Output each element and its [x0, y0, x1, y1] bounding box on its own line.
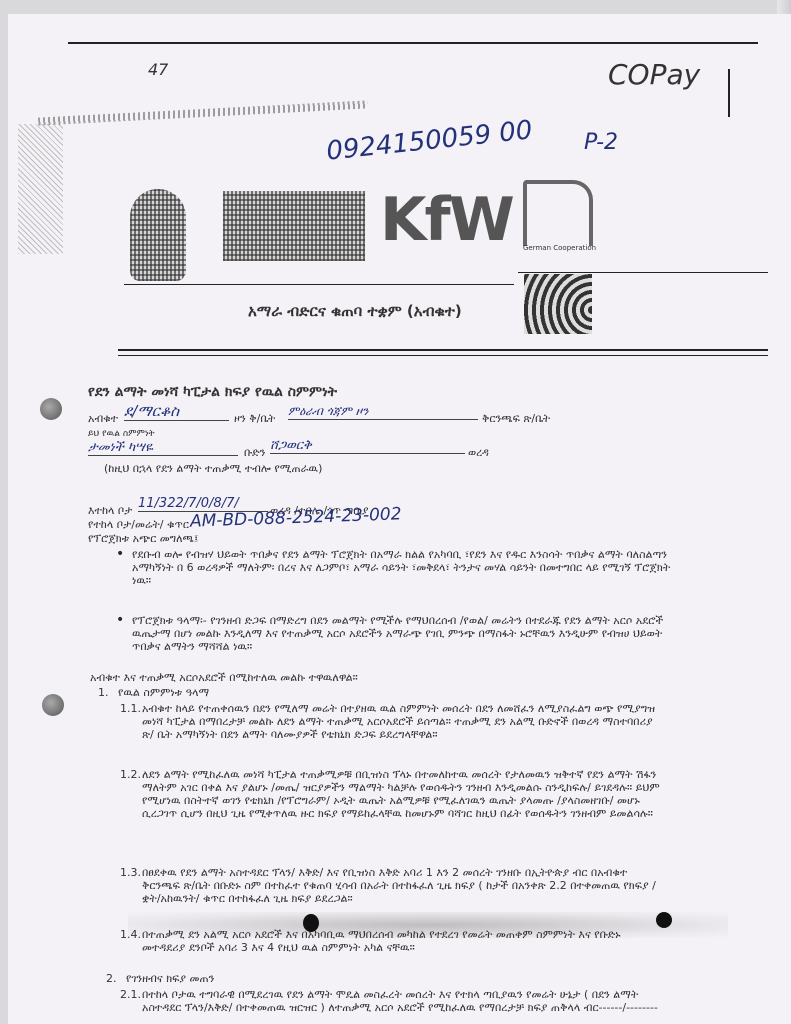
item-number: 1.3. [120, 866, 141, 879]
scan-artifact [38, 100, 368, 125]
item-number: 1.1. [120, 702, 141, 715]
header-rule [124, 284, 514, 285]
zone-branch-value: ምዕራብ ጎጃም ዞን [288, 404, 478, 420]
phone-number: 0924150059 00 [325, 115, 534, 166]
item-text: በፀደቀዉ የደን ልማት አስተዳደር ፕላን/ እቅድ/ እና የቢዝነስ … [142, 866, 662, 918]
section-2-heading: የገንዘብና ክፍያ መጠን [126, 972, 214, 985]
section-1-number: 1. [98, 686, 109, 699]
header-bottom-rule-2 [118, 355, 768, 356]
kfw-logo: KfW [380, 186, 470, 254]
margin-mark [728, 69, 730, 117]
summary-bullet: የደቡብ ወሎ የብዝሃ ህይወት ጥበቃና የደን ልማት ፕሮጀክት በአማ… [132, 548, 672, 610]
organization-name: አማራ ብድርና ቁጠባ ተቋም (አብቁተ) [248, 302, 462, 320]
german-cooperation-label: German Cooperation [523, 244, 596, 252]
organization-logo [223, 191, 365, 261]
abqute-label: አብቁተ [88, 412, 118, 425]
sub-branch-label: ቅርንጫፍ ጽ/ቤት [482, 412, 550, 425]
hereafter-note: (ከዚህ በኋላ የደን ልማት ተጠቃሚ ተብሎ የሚጠራዉ) [104, 462, 322, 475]
agreement-intro: አብቁተ እና ተጠቃሚ አርሶአደሮች በሚከተለዉ መልኩ ተዋዉለዋል። [90, 671, 358, 684]
item-number: 2.1. [120, 988, 141, 1001]
item-number: 1.2. [120, 768, 141, 781]
german-cooperation-logo [523, 180, 593, 246]
item-number: 1.4. [120, 928, 141, 941]
copy-note: COPay [608, 58, 700, 91]
scan-artifact [18, 124, 63, 254]
item-text: በተከላ ቦታዉ ተግባራዊ በሚደረገዉ የደን ልማት ሞዴል መስፈረት … [142, 988, 662, 1024]
kebele-value: ሸጋወርቅ [270, 438, 465, 454]
plot-label: እተከላ ቦታ [88, 504, 132, 517]
orda-logo [524, 274, 592, 334]
punch-hole [40, 398, 62, 420]
amhara-emblem-logo [130, 189, 186, 281]
logo-divider [518, 272, 768, 273]
section-1-heading: የዉል ስምምነቱ ዓላማ [118, 686, 209, 699]
scanned-page: 47 COPay 0924150059 00 P-2 KfW German Co… [8, 14, 791, 1024]
bullet-dot: • [116, 546, 124, 562]
objective-bullet: የፕሮጀክቱ ዓላማ፡- የገንዘብ ድጋፍ በማድረግ በደን መልማት የሚ… [132, 614, 672, 666]
section-2-number: 2. [106, 972, 117, 985]
zone-branch-label: ዞን ቅ/ቤት [234, 412, 275, 425]
item-text: ለደን ልማት የሚከፈለዉ መነሻ ካፒታል ተጠቃሚዎቹ በቢዝነስ ፕላኑ… [142, 768, 662, 860]
land-id-label: የተከላ ቦታ/መሬት/ ቁጥር [88, 518, 189, 531]
item-text: አብቁተ ከላይ የተጠቀሰዉን በደን የሚለማ መሬት በተያዘዉ ዉል ስ… [142, 702, 662, 766]
page-number: 47 [148, 60, 168, 79]
woreda-label: ወረዳ [468, 446, 489, 459]
ink-blot [656, 912, 672, 928]
page-ref: P-2 [584, 130, 618, 155]
header-bottom-rule-1 [118, 349, 768, 351]
bullet-dot: • [116, 612, 124, 628]
item-text: በተጠቃሚ ደን አልሚ አርሶ አደሮች እና በአካባቢዉ ማህበረሰብ መ… [142, 928, 662, 968]
document-title: የደን ልማት መነሻ ካፒታል ክፍያ የዉል ስምምነት [88, 386, 337, 399]
punch-hole [42, 694, 64, 716]
kebele-label: ቡድን [244, 446, 265, 459]
summary-heading: የፕሮጀክቱ አጭር መግለጫ፤ [88, 532, 198, 545]
abqute-value: ደ/ማርቆስ [124, 402, 229, 421]
top-rule [68, 42, 758, 44]
person-value: ታመነች ካሣዬ [88, 440, 238, 456]
